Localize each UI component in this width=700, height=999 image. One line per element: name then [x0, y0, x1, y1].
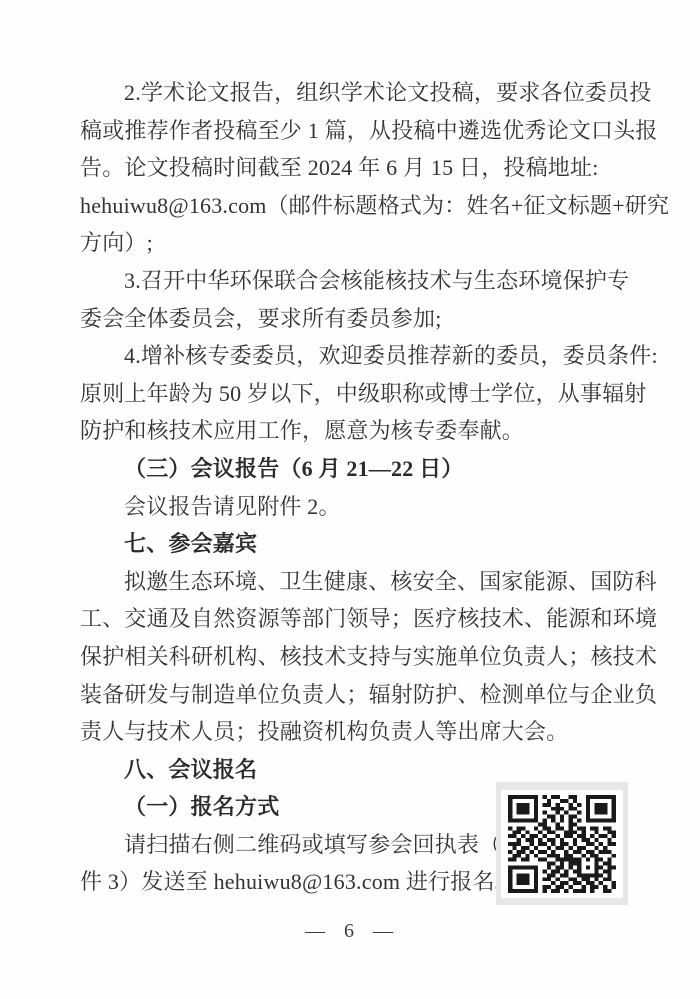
section-heading: 七、参会嘉宾 — [80, 525, 620, 563]
qr-code — [496, 782, 628, 905]
text-line: 告。论文投稿时间截至 2024 年 6 月 15 日，投稿地址: — [80, 149, 620, 187]
text-line: 稿或推荐作者投稿至少 1 篇，从投稿中遴选优秀论文口头报 — [80, 112, 620, 150]
text-line: 方向）; — [80, 224, 620, 262]
page-number: — 6 — — [0, 920, 700, 943]
text-line: 4.增补核专委委员，欢迎委员推荐新的委员，委员条件: — [80, 337, 620, 375]
text-line: 原则上年龄为 50 岁以下，中级职称或博士学位，从事辐射 — [80, 375, 620, 413]
text-line: 会议报告请见附件 2。 — [80, 488, 620, 526]
section-heading: （三）会议报告（6 月 21—22 日） — [80, 450, 620, 488]
text-line: 装备研发与制造单位负责人；辐射防护、检测单位与企业负 — [80, 676, 620, 714]
text-line: 保护相关科研机构、核技术支持与实施单位负责人；核技术 — [80, 638, 620, 676]
text-line: 2.学术论文报告，组织学术论文投稿，要求各位委员投 — [80, 74, 620, 112]
text-line: 防护和核技术应用工作，愿意为核专委奉献。 — [80, 412, 620, 450]
text-block: 2.学术论文报告，组织学术论文投稿，要求各位委员投稿或推荐作者投稿至少 1 篇，… — [80, 74, 620, 901]
text-line: hehuiwu8@163.com（邮件标题格式为：姓名+征文标题+研究 — [80, 187, 620, 225]
text-line: 责人与技术人员；投融资机构负责人等出席大会。 — [80, 713, 620, 751]
text-line: 3.召开中华环保联合会核能核技术与生态环境保护专 — [80, 262, 620, 300]
text-line: 拟邀生态环境、卫生健康、核安全、国家能源、国防科 — [80, 563, 620, 601]
text-line: 工、交通及自然资源等部门领导；医疗核技术、能源和环境 — [80, 600, 620, 638]
document-page: 2.学术论文报告，组织学术论文投稿，要求各位委员投稿或推荐作者投稿至少 1 篇，… — [0, 0, 700, 999]
qr-code-image — [501, 790, 623, 898]
text-line: 委会全体委员会，要求所有委员参加; — [80, 300, 620, 338]
